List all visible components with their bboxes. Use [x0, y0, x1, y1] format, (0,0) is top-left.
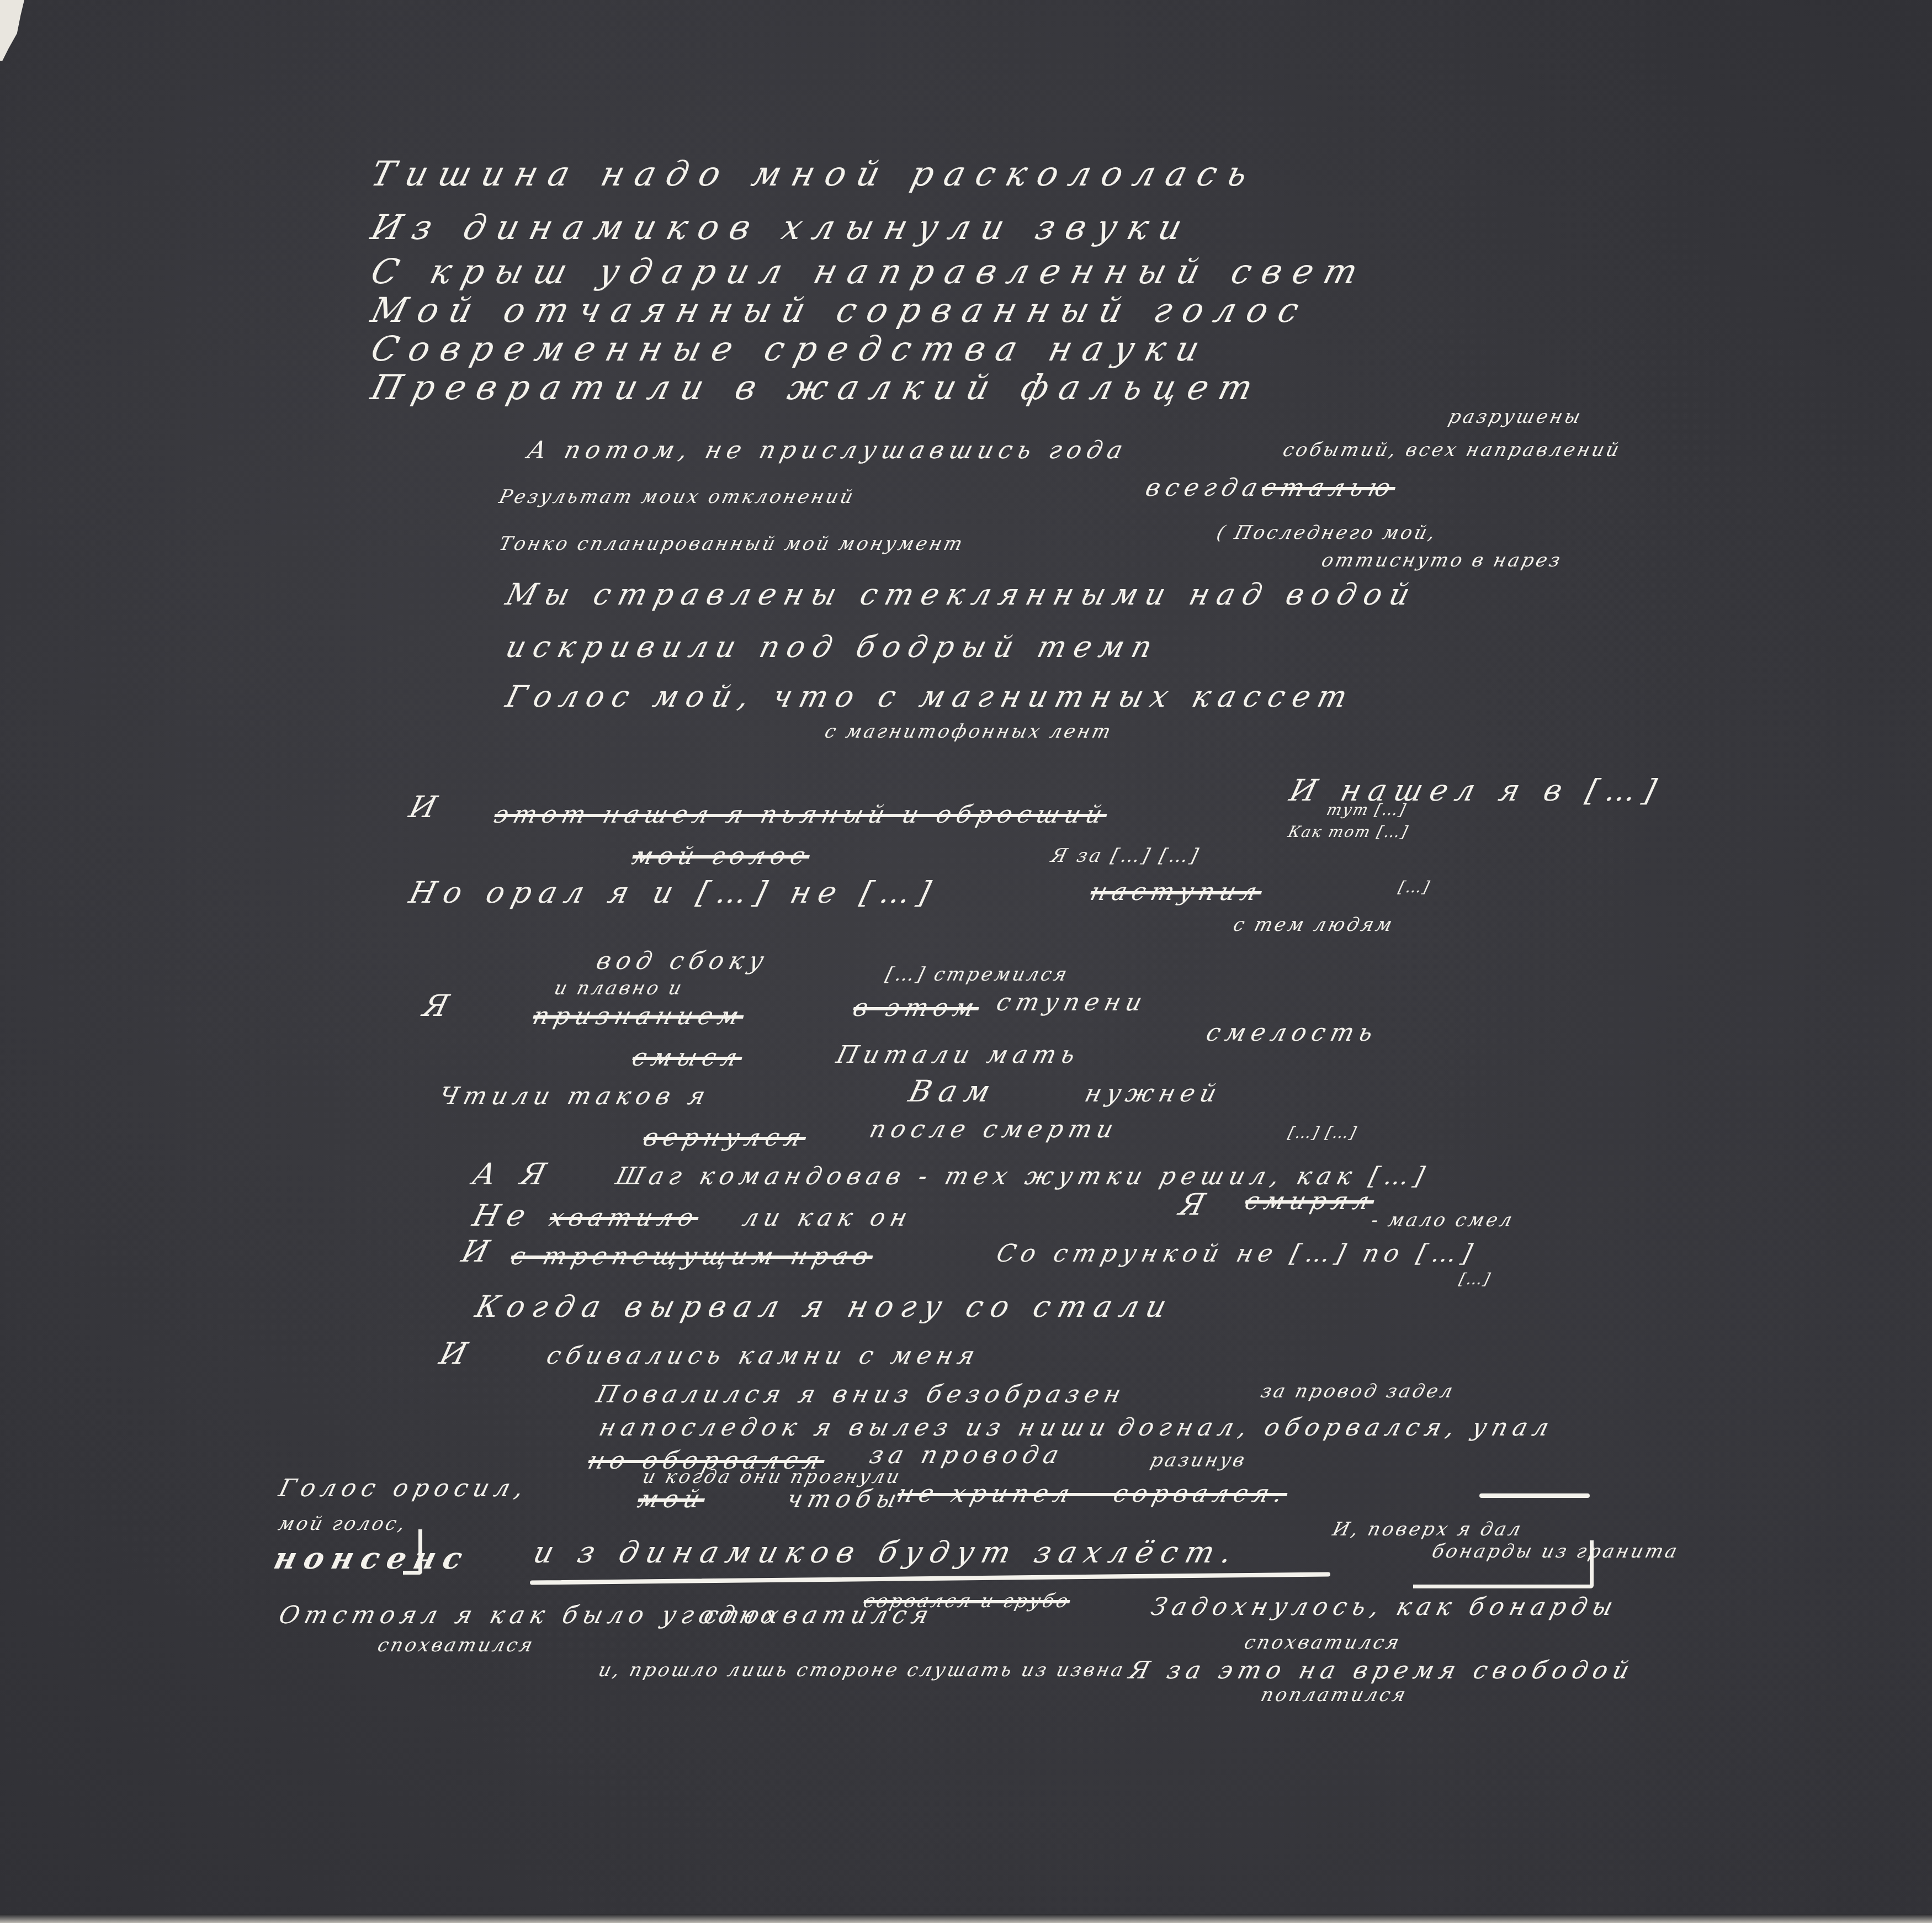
- stanza4-line1-end: ступени: [994, 988, 1150, 1016]
- stanza1-line4: Мой отчаянный сорванный голос: [367, 290, 1314, 330]
- stanza2-line1-right: событий, всех направлений: [1281, 439, 1623, 461]
- stanza6-line5-mid: спохватился: [701, 1601, 937, 1629]
- stanza1-line6: Превратили в жалкий фальцет: [367, 367, 1268, 407]
- stanza2-line2: Результат моих отклонений: [497, 486, 857, 508]
- stanza6-line5-cont: спохватился: [375, 1634, 537, 1656]
- stanza6-line3-bold: нонсенс: [270, 1540, 474, 1576]
- stanza6-line1: Голос оросил,: [276, 1474, 532, 1502]
- stanza4-line5: после смерти: [867, 1115, 1122, 1143]
- stanza2-aside: ( Последнего мой,: [1214, 522, 1440, 544]
- stanza6-line2: мой голос,: [276, 1513, 410, 1535]
- stanza4-line4-emph: Вам: [905, 1074, 1001, 1109]
- stanza5-line9: и когда они прогнули: [640, 1466, 904, 1488]
- stanza5-line5: сбивались камни с меня: [544, 1342, 983, 1370]
- stanza3-line1-struck: этот нашел я пьяный и обросший: [491, 801, 1111, 829]
- stanza6-line1-end-struck: не хрипел - сорвался.: [894, 1480, 1291, 1508]
- bracket-box-right: [1413, 1540, 1594, 1588]
- bracket-left: [403, 1529, 422, 1575]
- stanza4-line4: Чтили таков я: [436, 1082, 713, 1110]
- stanza4-insert1-right: […] стремился: [883, 963, 1071, 986]
- stanza1-line1: Тишина надо мной раскололась: [367, 153, 1262, 194]
- stanza3-right2: тут […]: [1325, 801, 1409, 819]
- stanza5-line3-struck: с трепещущим нрав: [508, 1242, 877, 1270]
- stanza2-insert: всегда: [1143, 474, 1266, 502]
- stanza6-line7: и, прошло лишь стороне слушать из извна: [596, 1659, 1128, 1681]
- stanza3-line3-struck: наступил: [1087, 878, 1265, 906]
- stanza5-line6-right: за провод задел: [1259, 1380, 1457, 1402]
- stanza1-line3: С крыш ударил направленный свет: [367, 251, 1373, 292]
- stanza3-line4: с тем людям: [1231, 914, 1397, 936]
- stanza2-line3: Тонко спланированный мой монумент: [497, 533, 967, 555]
- stanza2-line1: А потом, не прислушавшись года: [524, 436, 1131, 464]
- stanza6-line4: Задохнулось, как бонарды: [1148, 1593, 1621, 1621]
- stanza2-insert-struck: сталью: [1259, 474, 1399, 502]
- stanza5-line7-right: догнал, оборвался, упал: [1115, 1413, 1557, 1442]
- stanza5-line3: Со стрункой не […] по […]: [994, 1239, 1480, 1268]
- stanza5-line2-right-note: - мало смел: [1369, 1209, 1517, 1231]
- stanza6-line1-struck: мой: [635, 1485, 708, 1513]
- stanza1-line2: Из динамиков хлынули звуки: [367, 207, 1197, 247]
- stanza5-prefix: А Я: [469, 1157, 558, 1191]
- stanza6-line3-right: И, поверх я дал: [1330, 1518, 1525, 1540]
- stanza3-line2-right: Я за […] […]: [1049, 845, 1203, 867]
- stanza4-line1-struck: признанием: [530, 1002, 747, 1030]
- stanza5-line2: Не: [469, 1198, 537, 1233]
- stanza5-line3-note: […]: [1457, 1270, 1493, 1288]
- stanza3-line2-struck: мой голос: [629, 842, 813, 870]
- stanza6-line3: и з динамиков будут захлёст.: [530, 1535, 1243, 1570]
- stanza5-line4: Когда вырвал я ногу со стали: [472, 1289, 1178, 1324]
- stanza4-line5-right: […] […]: [1286, 1124, 1360, 1142]
- stanza3-right3: Как тот […]: [1286, 823, 1411, 841]
- stanza5-line7: напоследок я вылез из ниши: [596, 1413, 1114, 1442]
- stanza1-line5: Современные средства науки: [367, 329, 1214, 369]
- stanza5-line2-cont: ли как он: [740, 1204, 915, 1232]
- stanza6-line7-right-end: поплатился: [1259, 1684, 1410, 1706]
- stanza2-aside2: оттиснуто в нарез: [1319, 549, 1565, 571]
- stanza5-line1: Шаг командовав - тех жутки решил, как [……: [613, 1162, 1432, 1190]
- stanza4-line3-struck: смысл: [629, 1043, 746, 1072]
- stanza4-line2-right: смелость: [1203, 1019, 1381, 1047]
- stanza2-line6: Голос мой, что с магнитных кассет: [502, 679, 1358, 714]
- stanza6-line6-right: спохватился: [1242, 1631, 1404, 1654]
- stanza4-line1-mid-struck: в этом: [850, 994, 983, 1022]
- paper-bottom-edge: [0, 1914, 1932, 1923]
- stanza6-line7-right: Я за это на время свободой: [1126, 1656, 1637, 1684]
- stanza4-insert2: и плавно и: [552, 977, 686, 999]
- stanza2-line4: Мы стравлены стеклянными над водой: [502, 577, 1421, 612]
- stanza3-line3-right: […]: [1397, 878, 1432, 896]
- stanza5-line6: Повалился я вниз безобразен: [593, 1380, 1129, 1408]
- stanza3-line3: Но орал я и […] не […]: [406, 875, 942, 910]
- stanza5-line2-right-struck: смирял: [1242, 1187, 1378, 1215]
- stanza6-right-rule: [1479, 1493, 1590, 1498]
- margin-note-top-right: разрушены: [1446, 406, 1585, 428]
- stanza5-line8: за провода: [867, 1441, 1067, 1469]
- stanza5-line8-right: разинув: [1148, 1449, 1249, 1471]
- stanza4-line3: Питали мать: [834, 1041, 1084, 1069]
- stanza4-line5-struck: вернулся: [640, 1124, 809, 1152]
- stanza2-line5: искривили под бодрый темп: [502, 629, 1163, 664]
- stanza4-insert1: вод сбоку: [593, 947, 772, 975]
- stanza2-line6-variant: с магнитофонных лент: [822, 721, 1115, 743]
- stanza5-line2-struck: хватило: [546, 1204, 702, 1232]
- stanza4-line4-end: нужней: [1082, 1079, 1225, 1108]
- stanza6-line1-mid: чтобы: [784, 1485, 905, 1513]
